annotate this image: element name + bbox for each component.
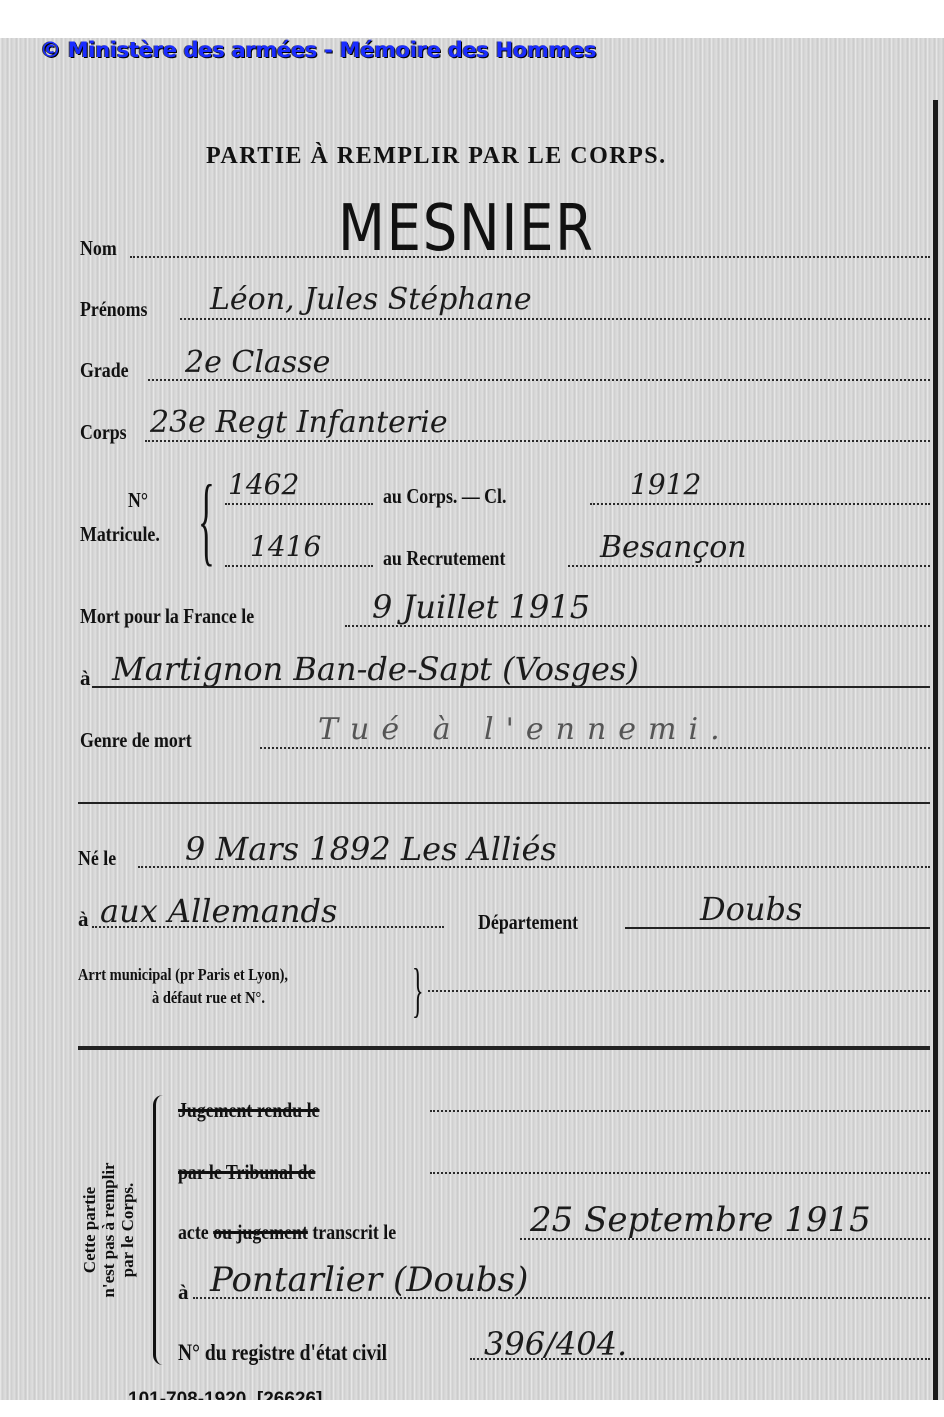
mort-label: Mort pour la France le (80, 604, 254, 629)
jugement-line (430, 1110, 930, 1112)
au-corps-label: au Corps. — Cl. (383, 484, 506, 509)
corps-label: Corps (80, 420, 127, 445)
classe-value: 1912 (630, 468, 701, 501)
tribunal-line (430, 1172, 930, 1174)
genre-mort-value: Tué à l'ennemi. (318, 712, 732, 747)
grade-label: Grade (80, 358, 129, 383)
matricule-recrutement-number: 1416 (250, 530, 321, 563)
classe-line (590, 503, 930, 505)
lieu-transcrit-line (193, 1297, 930, 1299)
acte-word: acte (178, 1220, 209, 1244)
blank-rule (78, 802, 930, 804)
prenoms-line (180, 318, 930, 320)
corps-line (145, 440, 930, 442)
registre-line (470, 1358, 930, 1360)
matricule-no-label: N° (128, 488, 148, 513)
prenoms-value: Léon, Jules Stéphane (210, 282, 532, 317)
nom-line (130, 256, 930, 258)
recrutement-line (568, 565, 930, 567)
au-recrutement-label: au Recrutement (383, 546, 505, 571)
ne-value: 9 Mars 1892 Les Alliés (185, 830, 557, 868)
departement-label: Département (478, 910, 578, 935)
lieu-transcrit-label: à (178, 1280, 189, 1305)
transcrit-word: transcrit le (312, 1220, 396, 1244)
lieu-mort-line (92, 686, 930, 688)
side-note-line-1: Cette partie (80, 1140, 99, 1320)
genre-mort-label: Genre de mort (80, 728, 192, 753)
matricule-label: Matricule. (80, 522, 160, 547)
matricule-brace: { (198, 470, 215, 570)
departement-value: Doubs (700, 890, 802, 928)
ne-label: Né le (78, 846, 116, 871)
right-border-rule (933, 100, 938, 1400)
nom-label: Nom (80, 236, 117, 261)
lieu-naissance-value: aux Allemands (100, 892, 337, 930)
arr-municipal-line (428, 990, 930, 992)
matricule-corps-number: 1462 (228, 468, 299, 501)
grade-line (148, 379, 930, 381)
lieu-naissance-label: à (78, 907, 89, 932)
matricule-recrutement-line (225, 565, 373, 567)
side-note-line-3: par le Corps. (118, 1140, 137, 1320)
side-note-brace (153, 1095, 166, 1365)
mort-line (345, 625, 930, 627)
departement-line (625, 927, 930, 929)
corps-value: 23e Regt Infanterie (150, 405, 448, 440)
jugement-struck-word: ou jugement (213, 1220, 308, 1244)
acte-label: acte ou jugement transcrit le (178, 1220, 396, 1245)
form-title: PARTIE À REMPLIR PAR LE CORPS. (206, 143, 667, 170)
prenoms-label: Prénoms (80, 297, 147, 322)
lieu-naissance-line (92, 926, 444, 928)
jugement-label: Jugement rendu le (178, 1098, 319, 1123)
lieu-transcrit-value: Pontarlier (Doubs) (210, 1260, 528, 1300)
arr-municipal-brace: } (412, 960, 424, 1020)
transcrit-date-value: 25 Septembre 1915 (530, 1200, 871, 1240)
nom-value: MESNIER (338, 192, 595, 266)
registre-label: N° du registre d'état civil (178, 1340, 387, 1366)
side-note-line-2: n'est pas à remplir (99, 1140, 118, 1320)
transcrit-line (520, 1238, 930, 1240)
mort-date-value: 9 Juillet 1915 (372, 588, 590, 626)
lieu-mort-value: Martignon Ban-de-Sapt (Vosges) (112, 650, 639, 688)
tribunal-label: par le Tribunal de (178, 1160, 315, 1185)
recrutement-value: Besançon (600, 530, 747, 565)
side-note: Cette partie n'est pas à remplir par le … (80, 1140, 137, 1320)
ne-line (138, 866, 930, 868)
matricule-corps-line (225, 503, 373, 505)
genre-mort-line (260, 747, 930, 749)
section-divider (78, 1046, 930, 1050)
copyright-watermark: © Ministère des armées - Mémoire des Hom… (40, 38, 596, 62)
grade-value: 2e Classe (185, 345, 330, 380)
arr-municipal-label-2: à défaut rue et N°. (152, 988, 265, 1008)
lieu-mort-label: à (80, 666, 91, 691)
form-print-code: 101-708-1920. [26626] (128, 1388, 322, 1400)
arr-municipal-label-1: Arrt municipal (pr Paris et Lyon), (78, 965, 288, 985)
